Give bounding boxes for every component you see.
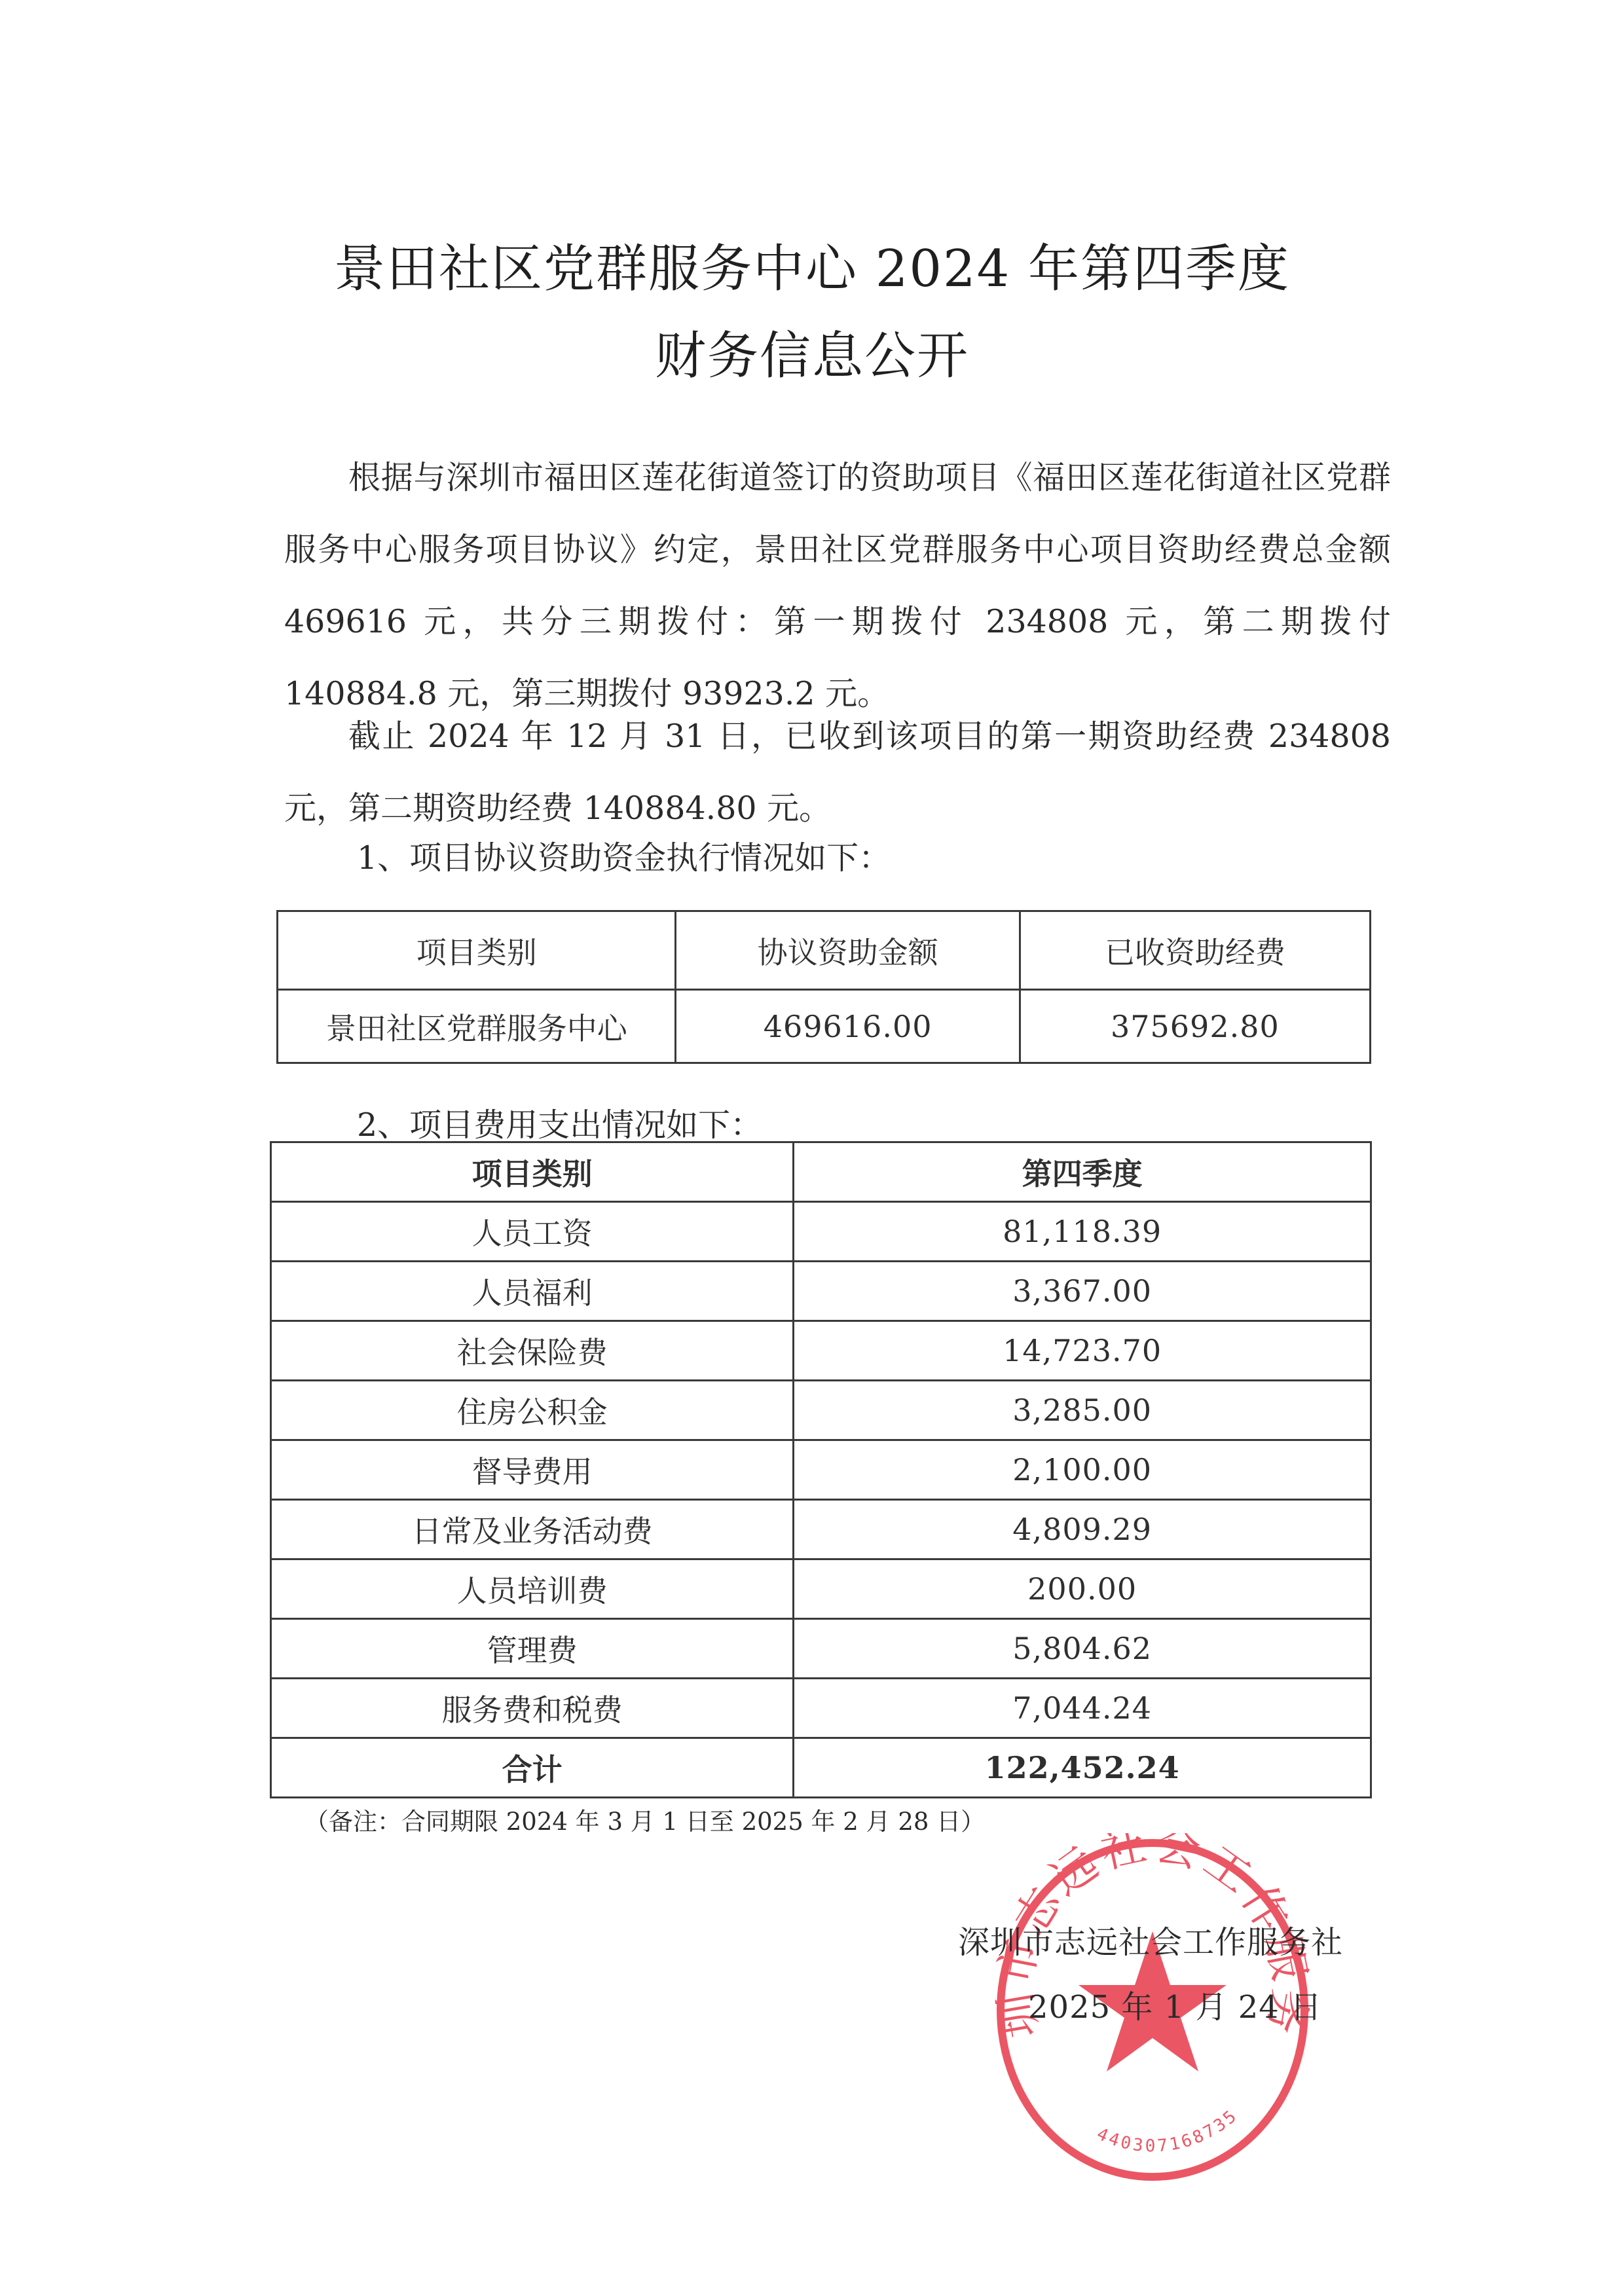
signature-date: 2025 年 1 月 24 日 <box>1028 1982 1322 2027</box>
table-cell: 81,118.39 <box>794 1202 1371 1262</box>
document-title-line1: 景田社区党群服务中心 2024 年第四季度 <box>0 244 1624 295</box>
table-cell: 社会保险费 <box>271 1321 794 1381</box>
table-row: 住房公积金3,285.00 <box>271 1381 1371 1440</box>
column-header: 协议资助金额 <box>676 911 1020 990</box>
table-cell: 469616.00 <box>676 990 1020 1063</box>
table-row: 人员培训费200.00 <box>271 1559 1371 1619</box>
funding-execution-table: 项目类别 协议资助金额 已收资助经费 景田社区党群服务中心 469616.00 … <box>276 910 1371 1064</box>
table-cell: 3,285.00 <box>794 1381 1371 1440</box>
total-value: 122,452.24 <box>794 1738 1371 1798</box>
column-header: 项目类别 <box>278 911 676 990</box>
funds-received-paragraph: 截止 2024 年 12 月 31 日，已收到该项目的第一期资助经费 23480… <box>284 701 1391 845</box>
table-cell: 2,100.00 <box>794 1440 1371 1500</box>
table-row: 服务费和税费7,044.24 <box>271 1679 1371 1738</box>
table-row: 管理费5,804.62 <box>271 1619 1371 1679</box>
expense-table: 项目类别 第四季度 人员工资81,118.39 人员福利3,367.00 社会保… <box>270 1141 1372 1798</box>
table-cell: 14,723.70 <box>794 1321 1371 1381</box>
table-row: 人员工资81,118.39 <box>271 1202 1371 1262</box>
contract-period-note: （备注：合同期限 2024 年 3 月 1 日至 2025 年 2 月 28 日… <box>304 1802 985 1837</box>
table-row: 景田社区党群服务中心 469616.00 375692.80 <box>278 990 1371 1063</box>
signature-organization: 深圳市志远社会工作服务社 <box>958 1917 1343 1962</box>
table-cell: 7,044.24 <box>794 1679 1371 1738</box>
document-title-line2: 财务信息公开 <box>0 331 1624 382</box>
table-cell: 4,809.29 <box>794 1500 1371 1559</box>
table-row: 社会保险费14,723.70 <box>271 1321 1371 1381</box>
table-header-row: 项目类别 协议资助金额 已收资助经费 <box>278 911 1371 990</box>
table-cell: 人员培训费 <box>271 1559 794 1619</box>
table-row: 人员福利3,367.00 <box>271 1262 1371 1321</box>
table-cell: 375692.80 <box>1020 990 1370 1063</box>
table-cell: 5,804.62 <box>794 1619 1371 1679</box>
table-cell: 200.00 <box>794 1559 1371 1619</box>
column-header: 项目类别 <box>271 1142 794 1202</box>
table-cell: 日常及业务活动费 <box>271 1500 794 1559</box>
table-cell: 人员福利 <box>271 1262 794 1321</box>
table-row: 日常及业务活动费4,809.29 <box>271 1500 1371 1559</box>
total-label: 合计 <box>271 1738 794 1798</box>
table-cell: 景田社区党群服务中心 <box>278 990 676 1063</box>
table-header-row: 项目类别 第四季度 <box>271 1142 1371 1202</box>
table-row: 督导费用2,100.00 <box>271 1440 1371 1500</box>
table-cell: 住房公积金 <box>271 1381 794 1440</box>
column-header: 已收资助经费 <box>1020 911 1370 990</box>
table-cell: 人员工资 <box>271 1202 794 1262</box>
table-cell: 督导费用 <box>271 1440 794 1500</box>
table-cell: 管理费 <box>271 1619 794 1679</box>
funding-agreement-paragraph: 根据与深圳市福田区莲花街道签订的资助项目《福田区莲花街道社区党群服务中心服务项目… <box>284 442 1391 730</box>
table-cell: 服务费和税费 <box>271 1679 794 1738</box>
column-header: 第四季度 <box>794 1142 1371 1202</box>
section2-heading: 2、项目费用支出情况如下： <box>357 1100 762 1146</box>
table-total-row: 合计122,452.24 <box>271 1738 1371 1798</box>
section1-heading: 1、项目协议资助资金执行情况如下： <box>357 833 891 879</box>
table-cell: 3,367.00 <box>794 1262 1371 1321</box>
